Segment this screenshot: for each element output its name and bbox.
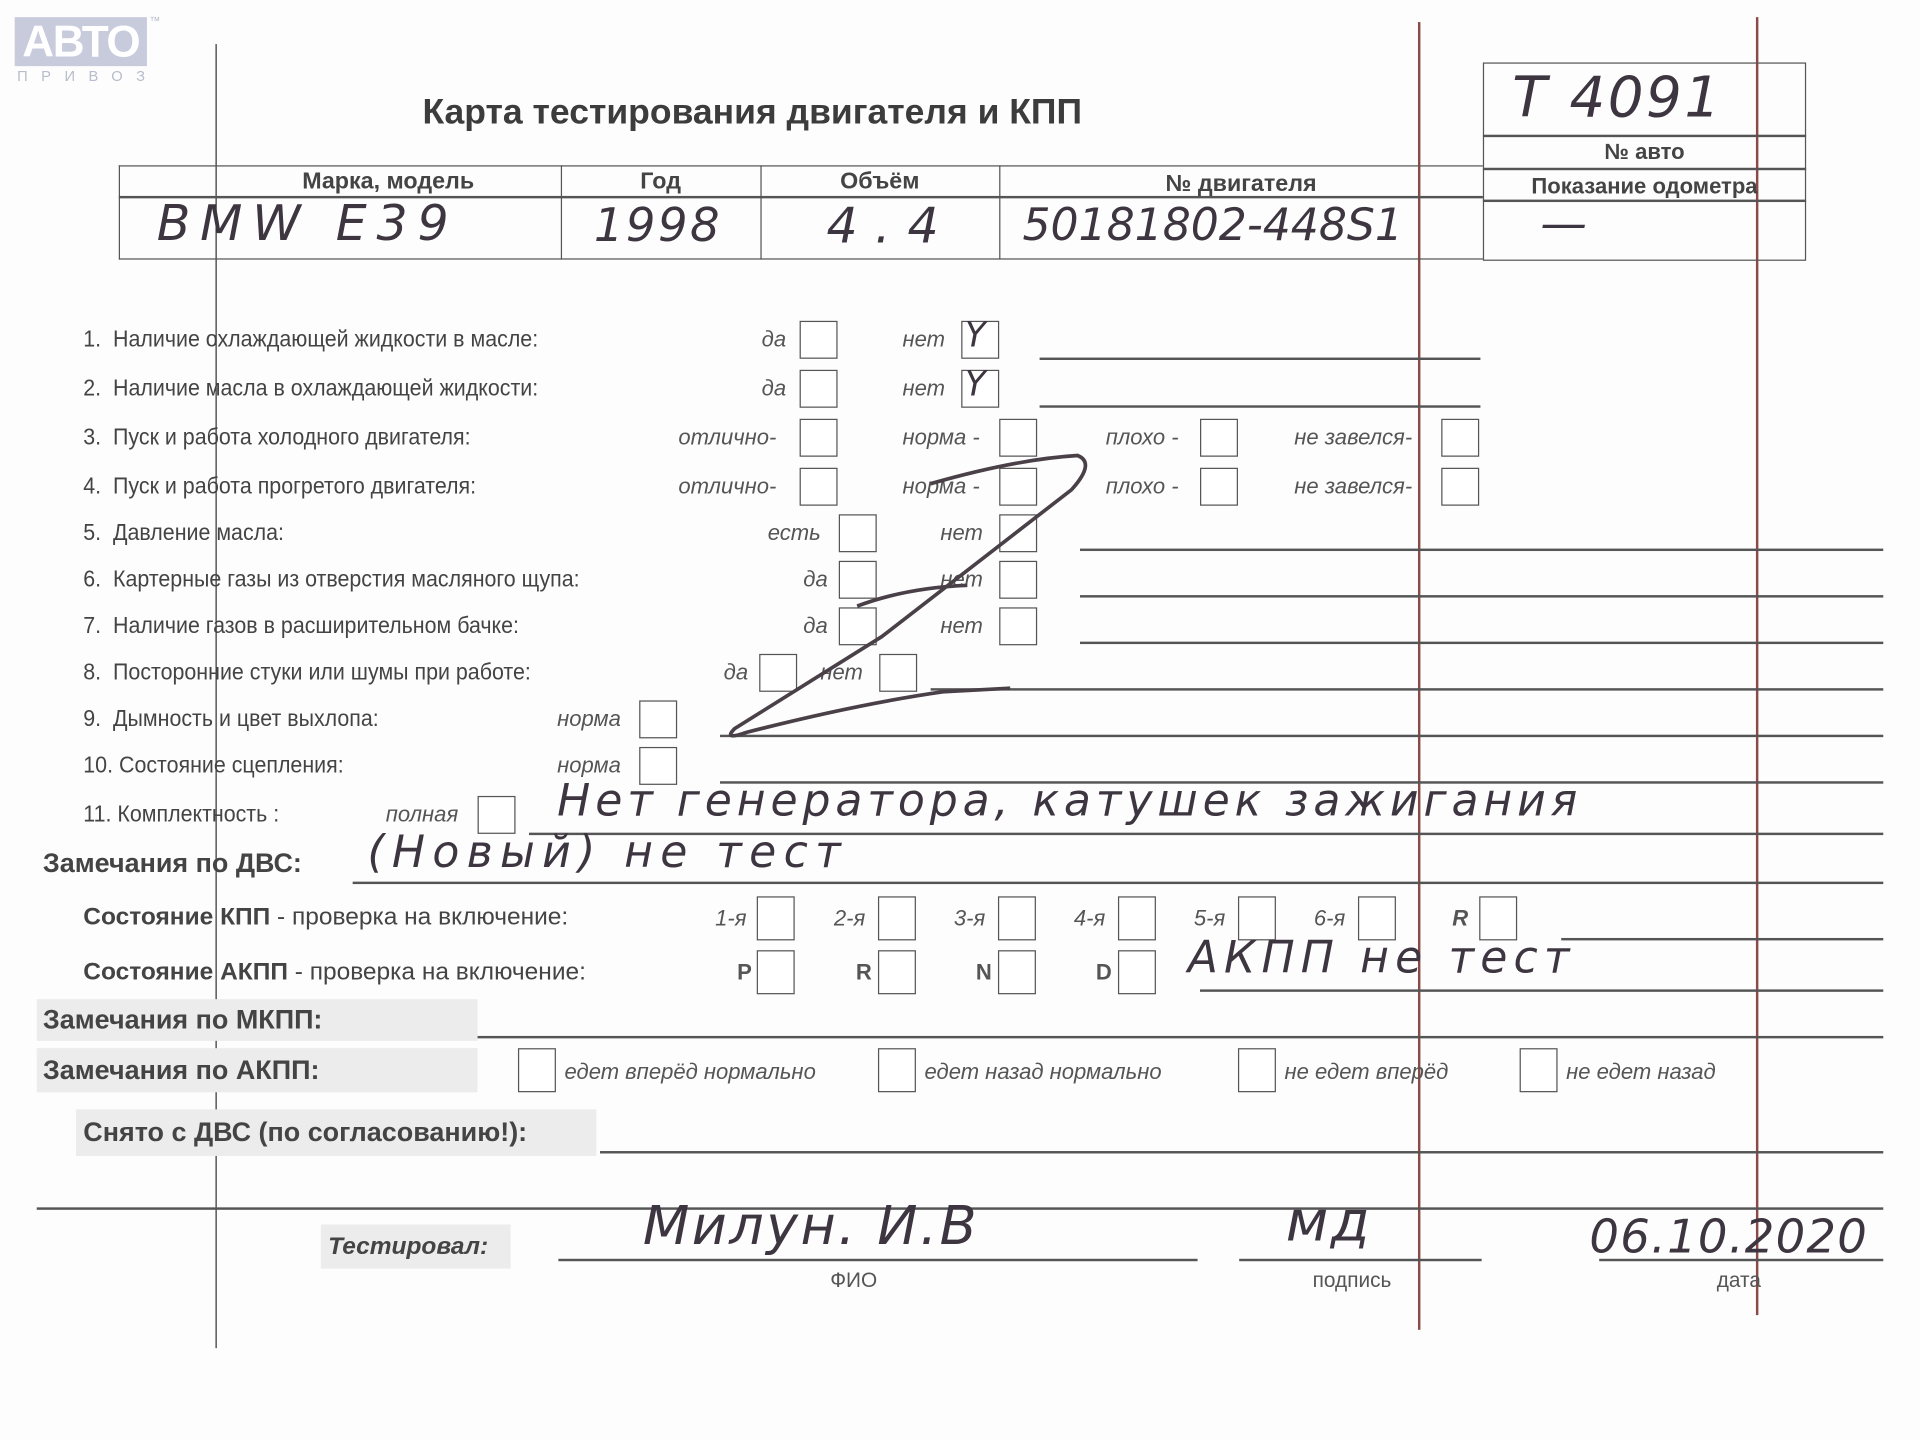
document-page: АВТО ™ ПРИВОЗ Карта тестирования двигате… [0,0,1920,1440]
handwritten-strike-scribble [0,0,1920,1440]
